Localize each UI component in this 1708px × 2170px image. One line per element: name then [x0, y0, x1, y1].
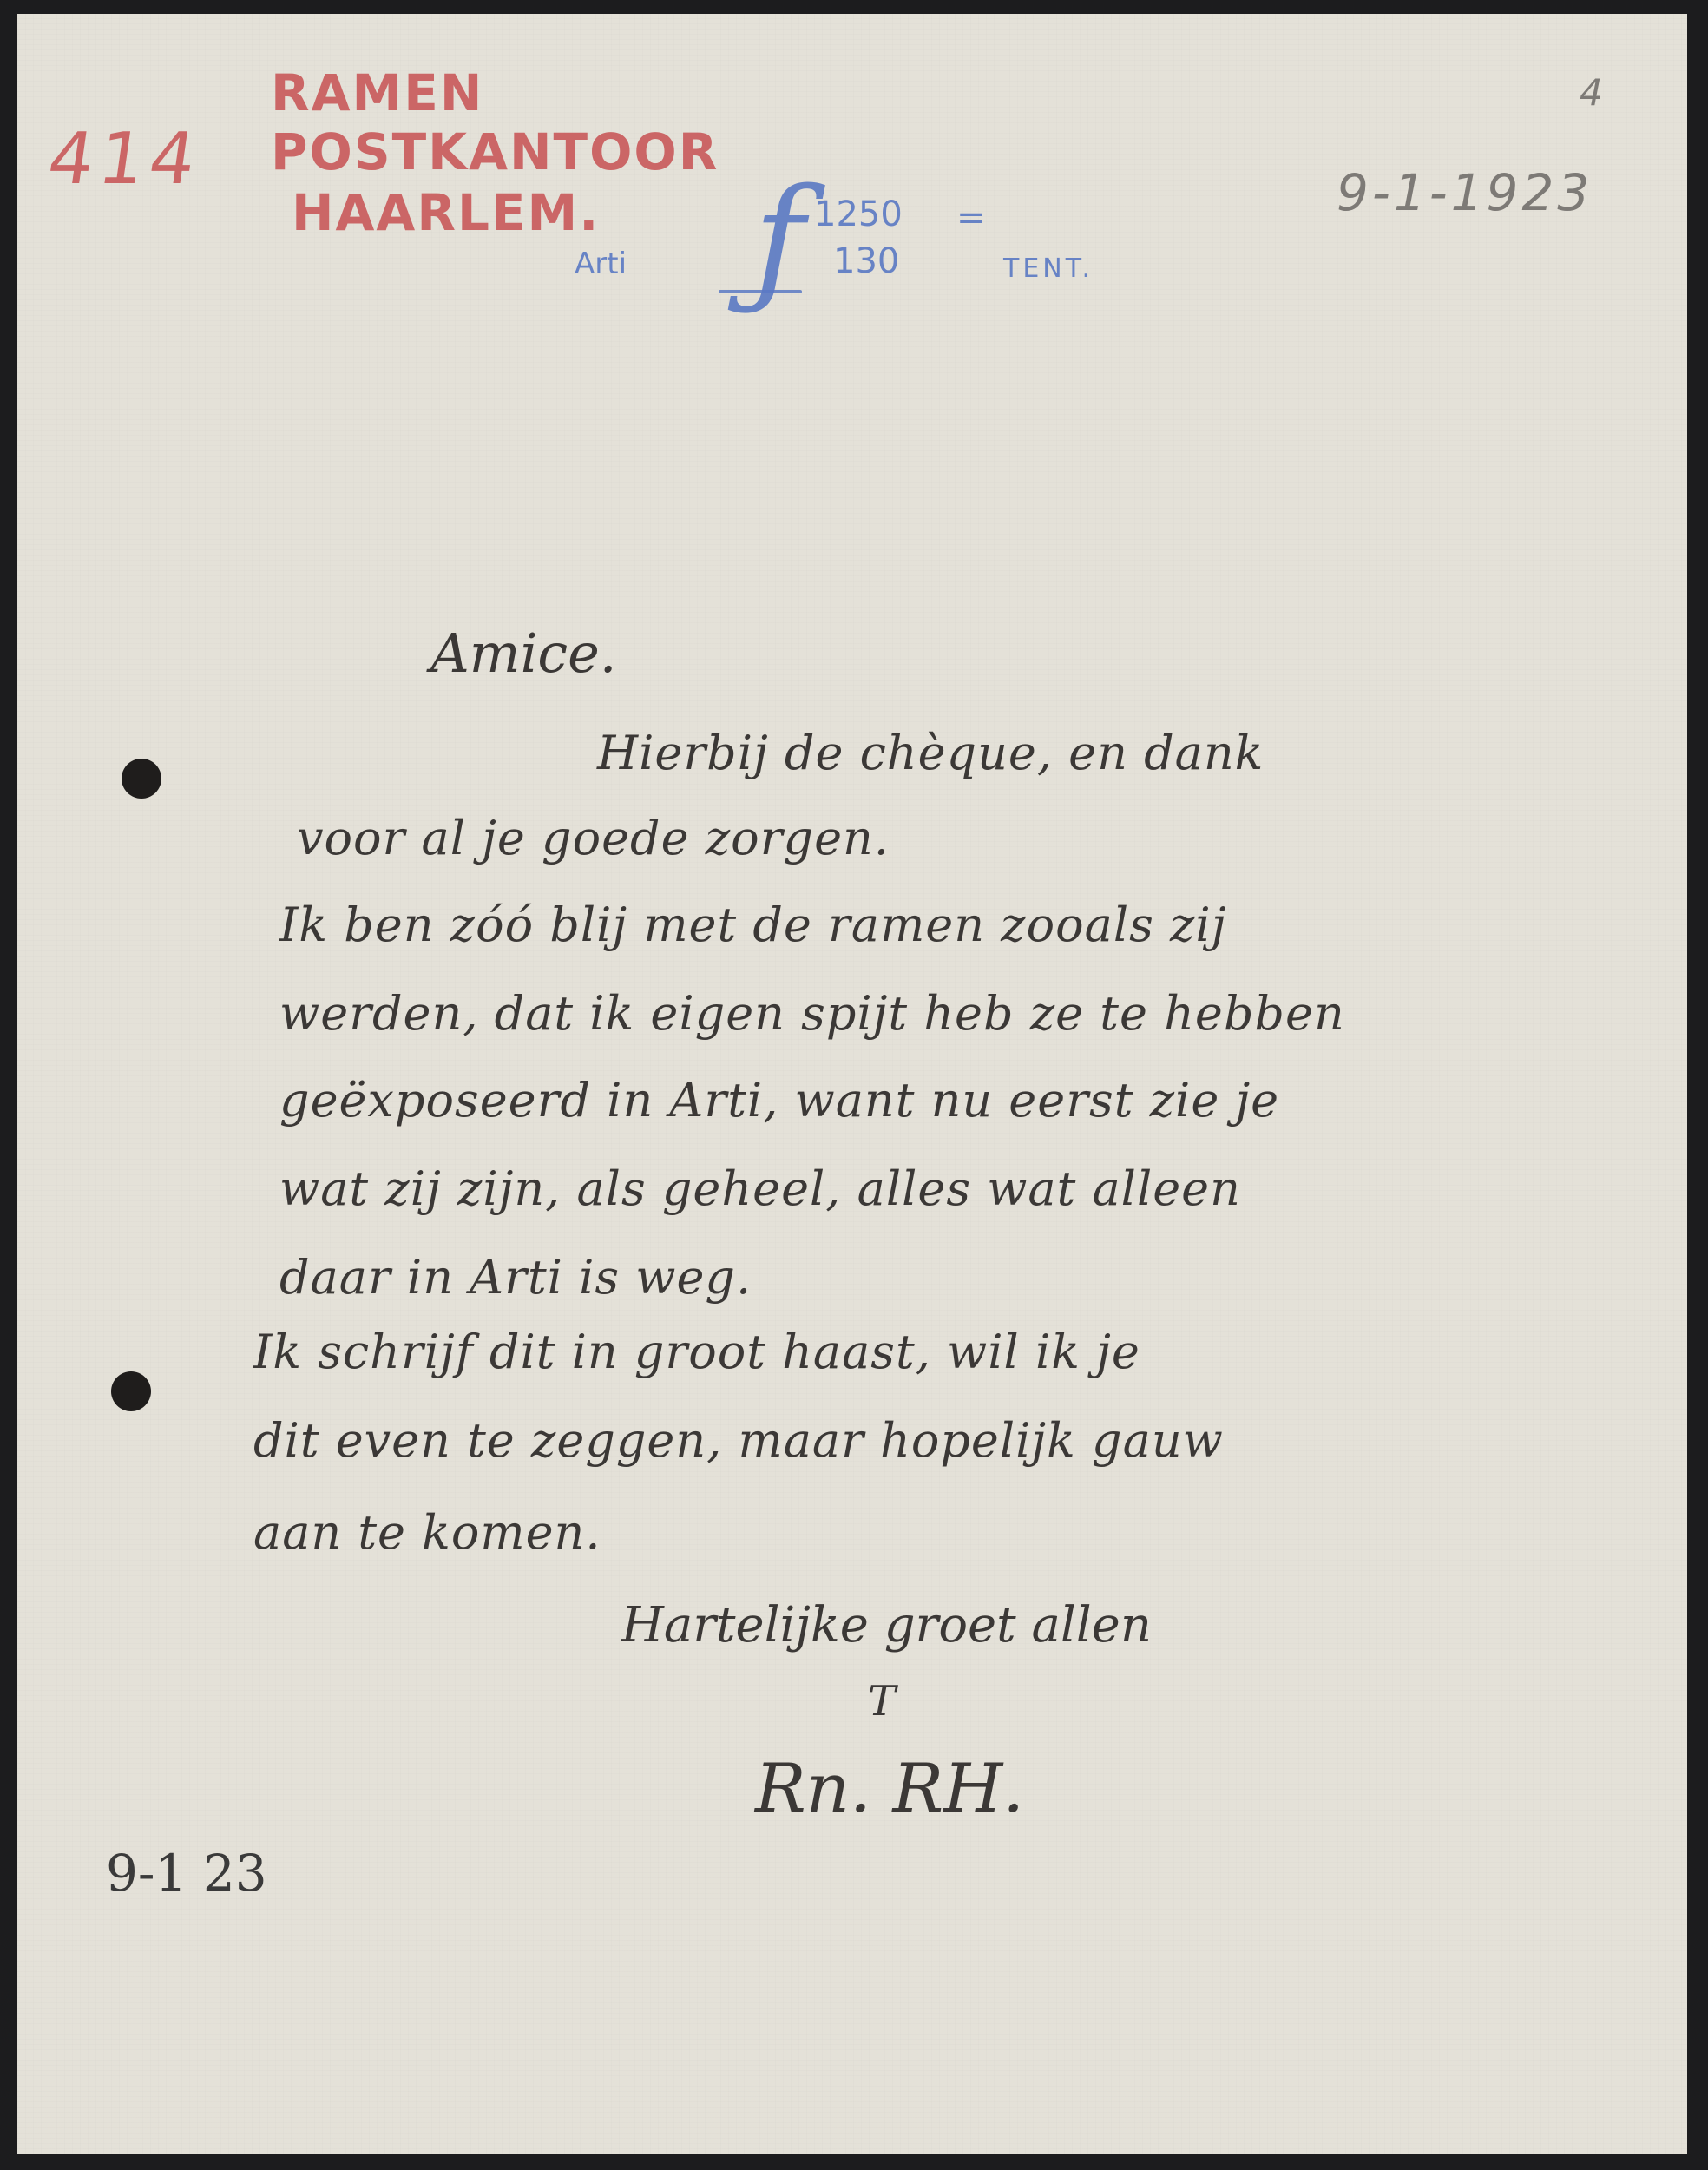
punch-hole-icon [111, 1371, 151, 1411]
signature-mark: T [868, 1677, 896, 1726]
letter-line: werden, dat ik eigen spijt heb ze te heb… [279, 986, 1345, 1041]
address-line-postkantoor: POSTKANTOOR [271, 127, 719, 177]
top-right-date: 9-1-1923 [1337, 163, 1593, 222]
letter-line: Ik schrijf dit in groot haast, wil ik je [253, 1325, 1140, 1379]
blue-underline [719, 290, 802, 293]
letter-line: geëxposeerd in Arti, want nu eerst zie j… [279, 1073, 1279, 1128]
punch-hole-icon [122, 759, 161, 799]
blue-note-tent: TENT. [1003, 253, 1094, 284]
letter-line: dit even te zeggen, maar hopelijk gauw [253, 1413, 1224, 1468]
blue-equals: = [956, 198, 986, 238]
blue-amount-bottom: 130 [833, 241, 899, 281]
address-line-ramen: RAMEN [271, 68, 483, 118]
bottom-date: 9-1 23 [106, 1844, 267, 1903]
letter-line: wat zij zijn, als geheel, alles wat alle… [279, 1161, 1241, 1216]
letter-line: Ik ben zóó blij met de ramen zooals zij [279, 898, 1226, 952]
archive-number: 414 [43, 118, 206, 201]
page-number: 4 [1580, 71, 1603, 114]
letter-line: daar in Arti is weg. [279, 1250, 752, 1305]
letter-line: voor al je goede zorgen. [297, 811, 890, 865]
letter-closing: Hartelijke groet allen [621, 1597, 1152, 1654]
blue-note-arti: Arti [575, 247, 627, 281]
letter-paper: 414 RAMEN POSTKANTOOR HAARLEM. Arti ƒ 12… [17, 14, 1687, 2154]
letter-salutation: Amice. [430, 621, 617, 685]
address-line-haarlem: HAARLEM. [292, 187, 600, 238]
letter-line: aan te komen. [253, 1505, 601, 1560]
florin-symbol-icon: ƒ [753, 170, 805, 309]
signature: Rn. RH. [755, 1750, 1024, 1828]
blue-amount-top: 1250 [814, 194, 903, 234]
letter-line: Hierbij de chèque, en dank [597, 726, 1264, 780]
